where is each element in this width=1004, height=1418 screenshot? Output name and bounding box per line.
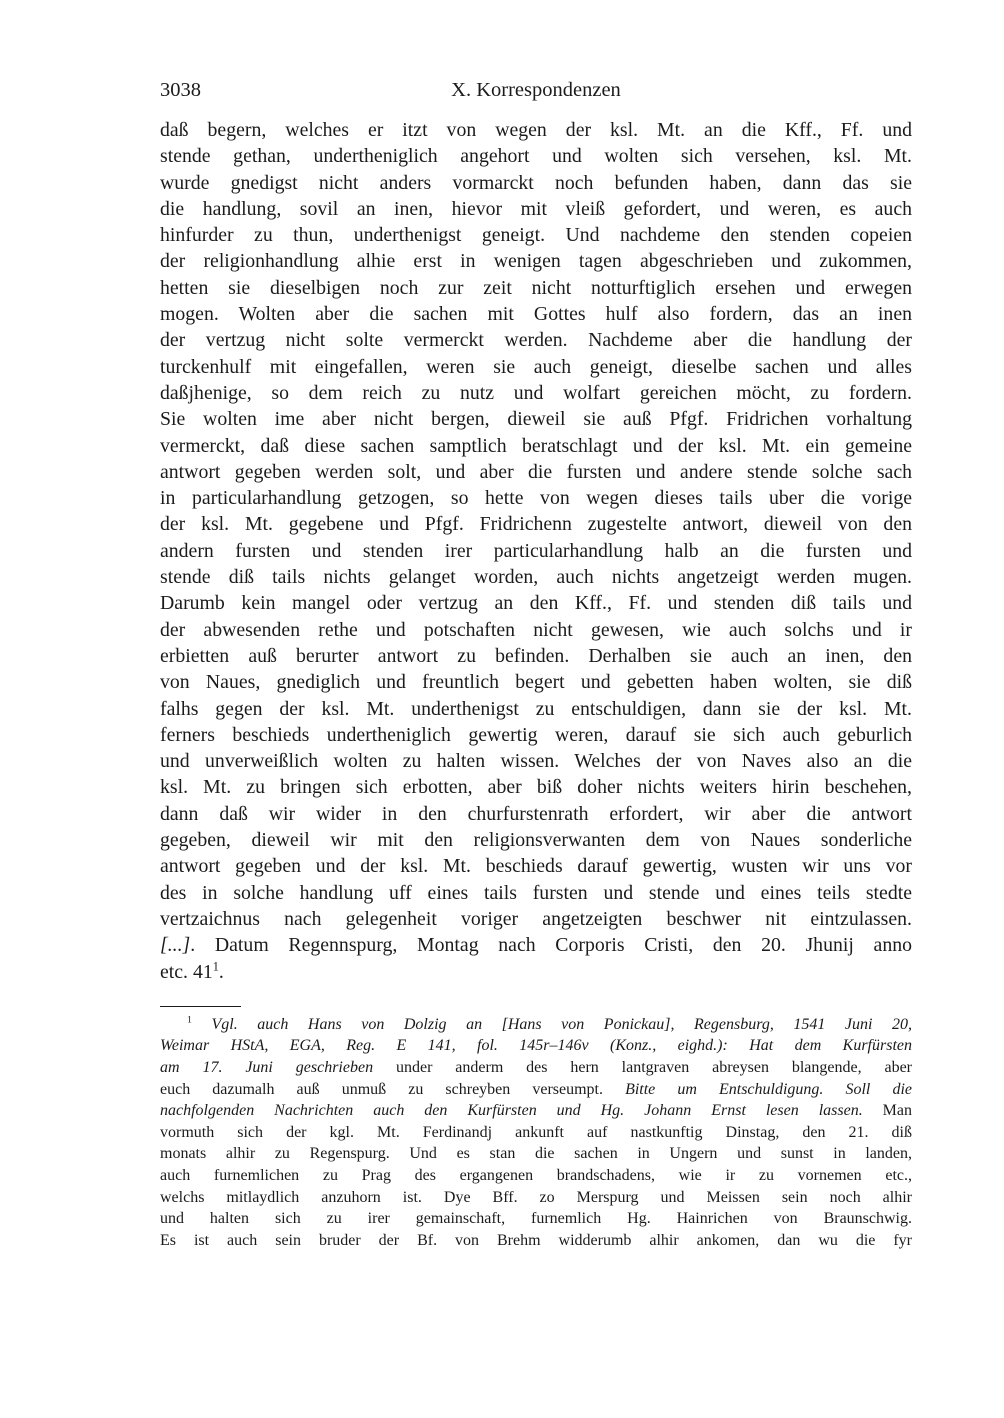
body-text-line: antwort gegeben werden solt, und aber di… <box>160 459 912 485</box>
body-text-line: ferners beschieds undertheniglich gewert… <box>160 722 912 748</box>
body-text-line: stende gethan, undertheniglich angehort … <box>160 143 912 169</box>
text-run: gegeben, dieweil wir mit den religionsve… <box>160 829 912 851</box>
text-run: monats alhir zu Regenspurg. Und es stan … <box>160 1145 912 1162</box>
text-run: Weimar HStA, EGA, Reg. E 141, fol. 145r–… <box>160 1037 912 1054</box>
body-text-line: gegeben, dieweil wir mit den religionsve… <box>160 827 912 853</box>
text-run: etc. 41 <box>160 961 213 983</box>
body-text-line: antwort gegeben und der ksl. Mt. beschie… <box>160 853 912 879</box>
body-text-line: stende diß tails nichts gelanget worden,… <box>160 564 912 590</box>
body-text-line: erbietten auß berurter antwort zu befind… <box>160 643 912 669</box>
text-run: vermerckt, daß diese sachen samptlich be… <box>160 435 912 457</box>
text-run: am 17. Juni geschrieben <box>160 1059 373 1076</box>
page-header: 3038 X. Korrespondenzen <box>160 78 912 102</box>
text-run: andern fursten und stenden irer particul… <box>160 540 912 562</box>
footnote-separator <box>160 1006 241 1007</box>
footnote-text-line: monats alhir zu Regenspurg. Und es stan … <box>160 1143 912 1165</box>
footnote-text-line: auch furnemlichen zu Prag des ergangenen… <box>160 1165 912 1187</box>
body-text-line: die handlung, sovil an inen, hievor mit … <box>160 196 912 222</box>
text-run: under anderm des hern lantgraven abreyse… <box>373 1059 912 1076</box>
body-text-line: hetten sie dieselbigen noch zur zeit nic… <box>160 275 912 301</box>
text-run: der religionhandlung alhie erst in wenig… <box>160 250 912 272</box>
text-run: turckenhulf mit eingefallen, weren sie a… <box>160 356 912 378</box>
text-run: der abwesenden rethe und potschaften nic… <box>160 619 912 641</box>
text-run: antwort gegeben und der ksl. Mt. beschie… <box>160 855 912 877</box>
body-text-line: der religionhandlung alhie erst in wenig… <box>160 248 912 274</box>
text-run: des in solche handlung uff eines tails f… <box>160 882 912 904</box>
text-run: antwort gegeben werden solt, und aber di… <box>160 461 912 483</box>
book-page: 3038 X. Korrespondenzen daß begern, welc… <box>0 0 1004 1418</box>
text-run: hinfurder zu thun, underthenigst geneigt… <box>160 224 912 246</box>
body-text-line: vertzaichnus nach gelegenheit voriger an… <box>160 906 912 932</box>
body-text-line: ksl. Mt. zu bringen sich erbotten, aber … <box>160 774 912 800</box>
body-text-line: wurde gnedigst nicht anders vormarckt no… <box>160 170 912 196</box>
body-text-line: hinfurder zu thun, underthenigst geneigt… <box>160 222 912 248</box>
text-run: der ksl. Mt. gegebene und Pfgf. Fridrich… <box>160 513 912 535</box>
text-run: dann daß wir wider in den churfurstenrat… <box>160 803 912 825</box>
text-column: 3038 X. Korrespondenzen daß begern, welc… <box>160 78 912 1251</box>
text-run: und unverweißlich wolten zu halten wisse… <box>160 750 912 772</box>
body-text-line: daßjhenige, so dem reich zu nutz und wol… <box>160 380 912 406</box>
text-run: stende diß tails nichts gelanget worden,… <box>160 566 912 588</box>
text-run: von Naues, gnediglich und freuntlich beg… <box>160 671 912 693</box>
text-run: falhs gegen der ksl. Mt. underthenigst z… <box>160 698 912 720</box>
text-run: der vertzug nicht solte vermerckt werden… <box>160 329 912 351</box>
text-run: erbietten auß berurter antwort zu befind… <box>160 645 912 667</box>
text-run: stende gethan, undertheniglich angehort … <box>160 145 912 167</box>
body-text-line: Darumb kein mangel oder vertzug an den K… <box>160 590 912 616</box>
text-run: daßjhenige, so dem reich zu nutz und wol… <box>160 382 912 404</box>
footnote-text-line: 1 Vgl. auch Hans von Dolzig an [Hans von… <box>160 1014 912 1036</box>
body-text-line: vermerckt, daß diese sachen samptlich be… <box>160 433 912 459</box>
text-run: und halten sich zu irer gemainschaft, fu… <box>160 1210 912 1227</box>
running-head: X. Korrespondenzen <box>160 78 912 102</box>
text-run: Es ist auch sein bruder der Bf. von Breh… <box>160 1232 912 1249</box>
footnote-block: 1 Vgl. auch Hans von Dolzig an [Hans von… <box>160 1014 912 1252</box>
footnote-text-line: nachfolgenden Nachrichten auch den Kurfü… <box>160 1100 912 1122</box>
body-text-line: der abwesenden rethe und potschaften nic… <box>160 617 912 643</box>
body-text-line: etc. 411. <box>160 959 912 985</box>
text-run: Sie wolten ime aber nicht bergen, diewei… <box>160 408 912 430</box>
footnote-text-line: vormuth sich der kgl. Mt. Ferdinandj ank… <box>160 1122 912 1144</box>
footnote-text-line: welchs mitlaydlich anzuhorn ist. Dye Bff… <box>160 1187 912 1209</box>
text-run: daß begern, welches er itzt von wegen de… <box>160 119 912 141</box>
text-run: welchs mitlaydlich anzuhorn ist. Dye Bff… <box>160 1189 912 1206</box>
text-run: nachfolgenden Nachrichten auch den Kurfü… <box>160 1102 863 1119</box>
body-text-line: daß begern, welches er itzt von wegen de… <box>160 117 912 143</box>
text-run: Man <box>863 1102 912 1119</box>
body-text-line: der ksl. Mt. gegebene und Pfgf. Fridrich… <box>160 511 912 537</box>
text-run: euch dazumalh auß unmuß zu schreyben ver… <box>160 1081 625 1098</box>
letter-body: daß begern, welches er itzt von wegen de… <box>160 117 912 985</box>
body-text-line: des in solche handlung uff eines tails f… <box>160 880 912 906</box>
text-run: vertzaichnus nach gelegenheit voriger an… <box>160 908 912 930</box>
body-text-line: turckenhulf mit eingefallen, weren sie a… <box>160 354 912 380</box>
text-run: auch furnemlichen zu Prag des ergangenen… <box>160 1167 912 1184</box>
body-text-line: andern fursten und stenden irer particul… <box>160 538 912 564</box>
text-run: mogen. Wolten aber die sachen mit Gottes… <box>160 303 912 325</box>
body-text-line: von Naues, gnediglich und freuntlich beg… <box>160 669 912 695</box>
text-run: in particularhandlung getzogen, so hette… <box>160 487 912 509</box>
text-run: vormuth sich der kgl. Mt. Ferdinandj ank… <box>160 1124 912 1141</box>
text-run: die handlung, sovil an inen, hievor mit … <box>160 198 912 220</box>
body-text-line: dann daß wir wider in den churfurstenrat… <box>160 801 912 827</box>
body-text-line: und unverweißlich wolten zu halten wisse… <box>160 748 912 774</box>
text-run: Vgl. auch Hans von Dolzig an [Hans von P… <box>192 1016 912 1033</box>
text-run: . <box>219 961 224 983</box>
footnote-text-line: und halten sich zu irer gemainschaft, fu… <box>160 1208 912 1230</box>
body-text-line: falhs gegen der ksl. Mt. underthenigst z… <box>160 696 912 722</box>
footnote-text-line: Es ist auch sein bruder der Bf. von Breh… <box>160 1230 912 1252</box>
text-run: . Datum Regennspurg, Montag nach Corpori… <box>190 934 912 956</box>
page-number: 3038 <box>160 78 201 102</box>
text-run: ferners beschieds undertheniglich gewert… <box>160 724 912 746</box>
footnote-text-line: Weimar HStA, EGA, Reg. E 141, fol. 145r–… <box>160 1035 912 1057</box>
text-run: ksl. Mt. zu bringen sich erbotten, aber … <box>160 776 912 798</box>
footnote-text-line: am 17. Juni geschrieben under anderm des… <box>160 1057 912 1079</box>
body-text-line: mogen. Wolten aber die sachen mit Gottes… <box>160 301 912 327</box>
text-run: [...] <box>160 934 190 956</box>
body-text-line: [...]. Datum Regennspurg, Montag nach Co… <box>160 932 912 958</box>
body-text-line: Sie wolten ime aber nicht bergen, diewei… <box>160 406 912 432</box>
text-run: Darumb kein mangel oder vertzug an den K… <box>160 592 912 614</box>
text-run: wurde gnedigst nicht anders vormarckt no… <box>160 172 912 194</box>
text-run: Bitte um Entschuldigung. Soll die <box>625 1081 912 1098</box>
body-text-line: in particularhandlung getzogen, so hette… <box>160 485 912 511</box>
text-run: hetten sie dieselbigen noch zur zeit nic… <box>160 277 912 299</box>
footnote-text-line: euch dazumalh auß unmuß zu schreyben ver… <box>160 1079 912 1101</box>
body-text-line: der vertzug nicht solte vermerckt werden… <box>160 327 912 353</box>
